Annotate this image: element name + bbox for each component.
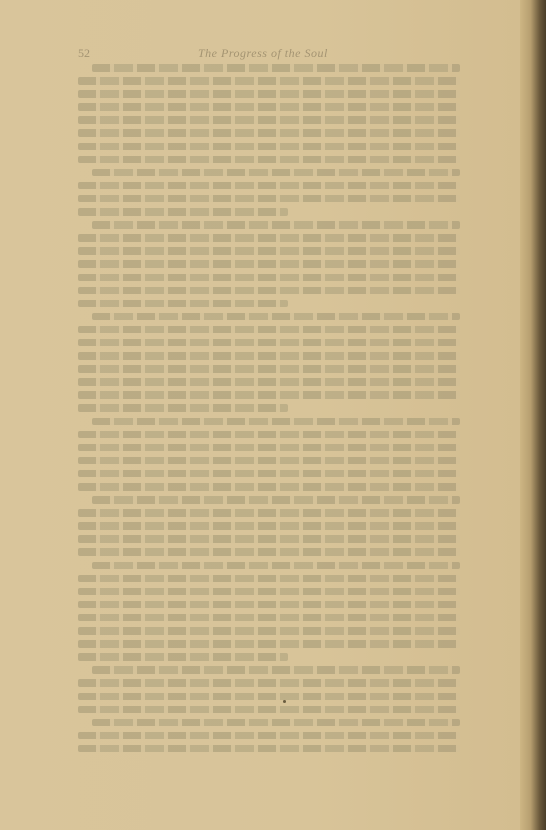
text-line bbox=[78, 653, 288, 661]
text-line bbox=[78, 391, 460, 399]
text-line bbox=[92, 666, 460, 674]
text-line bbox=[78, 588, 460, 596]
text-line bbox=[78, 260, 460, 268]
text-line bbox=[78, 483, 460, 491]
print-speck bbox=[283, 700, 286, 703]
text-line bbox=[78, 90, 460, 98]
page-body-text bbox=[78, 64, 460, 758]
text-line bbox=[78, 745, 460, 753]
text-line bbox=[78, 195, 460, 203]
text-line bbox=[78, 156, 460, 164]
text-line bbox=[78, 404, 288, 412]
text-line bbox=[78, 535, 460, 543]
text-line bbox=[78, 431, 460, 439]
text-line bbox=[78, 182, 460, 190]
text-line bbox=[78, 444, 460, 452]
text-line bbox=[78, 627, 460, 635]
text-line bbox=[78, 640, 460, 648]
text-line bbox=[78, 247, 460, 255]
text-line bbox=[78, 77, 460, 85]
text-line bbox=[78, 352, 460, 360]
text-line bbox=[78, 509, 460, 517]
text-line bbox=[92, 221, 460, 229]
text-line bbox=[78, 522, 460, 530]
text-line bbox=[78, 103, 460, 111]
text-line bbox=[78, 143, 460, 151]
text-line bbox=[78, 548, 460, 556]
text-line bbox=[78, 300, 288, 308]
running-header: 52 The Progress of the Soul bbox=[78, 46, 458, 60]
text-line bbox=[78, 575, 460, 583]
text-line bbox=[78, 208, 288, 216]
text-line bbox=[78, 601, 460, 609]
text-line bbox=[78, 234, 460, 242]
text-line bbox=[78, 679, 460, 687]
text-line bbox=[78, 326, 460, 334]
text-line bbox=[92, 169, 460, 177]
text-line bbox=[78, 706, 460, 714]
text-line bbox=[78, 274, 460, 282]
running-head-title: The Progress of the Soul bbox=[198, 46, 328, 61]
book-page: 52 The Progress of the Soul bbox=[0, 0, 520, 830]
text-line bbox=[92, 313, 460, 321]
text-line bbox=[78, 470, 460, 478]
text-line bbox=[92, 719, 460, 727]
text-line bbox=[78, 693, 460, 701]
text-line bbox=[78, 378, 460, 386]
text-line bbox=[78, 365, 460, 373]
text-line bbox=[78, 287, 460, 295]
text-line bbox=[78, 116, 460, 124]
text-line bbox=[78, 614, 460, 622]
text-line bbox=[92, 496, 460, 504]
book-gutter bbox=[520, 0, 546, 830]
page-number: 52 bbox=[78, 46, 90, 61]
text-line bbox=[92, 418, 460, 426]
text-line bbox=[78, 732, 460, 740]
text-line bbox=[92, 64, 460, 72]
text-line bbox=[92, 562, 460, 570]
text-line bbox=[78, 457, 460, 465]
text-line bbox=[78, 129, 460, 137]
text-line bbox=[78, 339, 460, 347]
